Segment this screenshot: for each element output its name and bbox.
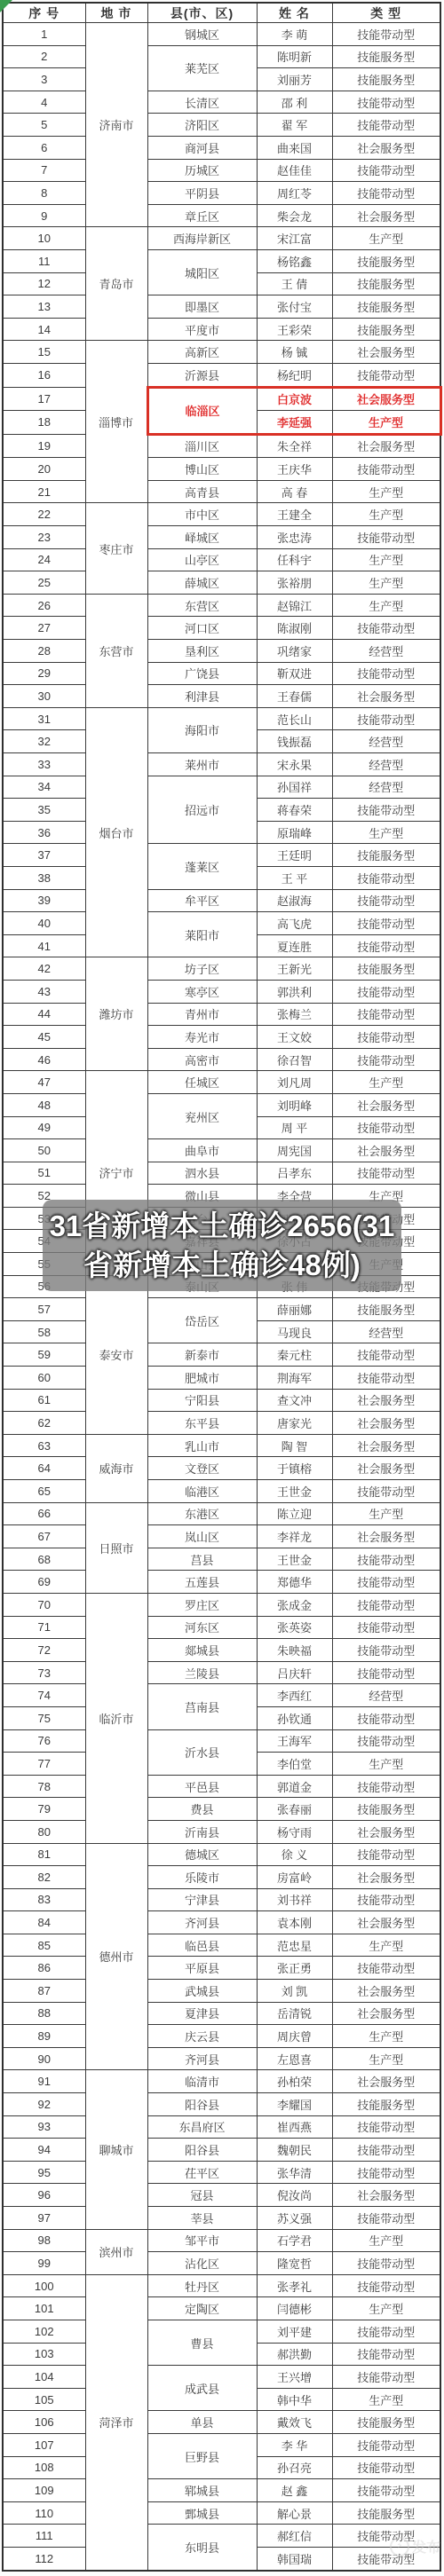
cell-index: 61 — [3, 1389, 85, 1412]
cell-city: 青岛市 — [85, 227, 147, 341]
cell-type: 技能带动型 — [332, 2161, 440, 2184]
cell-index: 11 — [3, 249, 85, 272]
cell-county: 峄城区 — [147, 526, 257, 549]
cell-type: 生产型 — [332, 1071, 440, 1094]
table-row: 90齐河县左恩喜生产型 — [3, 2047, 440, 2070]
cell-type: 生产型 — [332, 2047, 440, 2070]
cell-county: 单县 — [147, 2411, 257, 2434]
cell-county: 沂源县 — [147, 363, 257, 387]
table-row: 25薛城区张裕朋生产型 — [3, 571, 440, 595]
cell-name: 刘平建 — [257, 2320, 332, 2343]
table-row: 74莒南县李西红经营型 — [3, 1684, 440, 1707]
cell-type: 社会服务型 — [332, 1434, 440, 1457]
cell-type: 技能带动型 — [332, 1571, 440, 1594]
cell-type: 社会服务型 — [332, 2002, 440, 2025]
cell-index: 15 — [3, 341, 85, 364]
cell-index: 47 — [3, 1071, 85, 1094]
cell-county: 东港区 — [147, 1502, 257, 1525]
cell-name: 王文姣 — [257, 1026, 332, 1049]
cell-name: 吕孝东 — [257, 1162, 332, 1185]
cell-name: 张正勇 — [257, 1957, 332, 1980]
cell-type: 技能带动型 — [332, 363, 440, 387]
table-row: 63威海市乳山市陶 智社会服务型 — [3, 1434, 440, 1457]
corner-watermark: ⚡ 发布 — [390, 2536, 440, 2556]
cell-county: 罗庄区 — [147, 1593, 257, 1616]
table-row: 11城阳区杨铭鑫技能服务型 — [3, 249, 440, 272]
cell-county: 茌平区 — [147, 2161, 257, 2184]
cell-city: 临沂市 — [85, 1593, 147, 1843]
cell-county: 莒南县 — [147, 1684, 257, 1729]
cell-name: 夏连胜 — [257, 934, 332, 957]
cell-name: 范长山 — [257, 707, 332, 730]
cell-index: 44 — [3, 1003, 85, 1026]
cell-city: 潍坊市 — [85, 957, 147, 1071]
cell-county: 齐河县 — [147, 1911, 257, 1934]
cell-index: 112 — [3, 2547, 85, 2570]
table-row: 20博山区王庆华技能带动型 — [3, 458, 440, 481]
cell-index: 70 — [3, 1593, 85, 1616]
cell-name: 袁本刚 — [257, 1911, 332, 1934]
table-row: 91聊城市临清市孙柏荣社会服务型 — [3, 2070, 440, 2093]
cell-name: 李耀国 — [257, 2093, 332, 2116]
cell-name: 王廷明 — [257, 844, 332, 867]
cell-county: 莱芜区 — [147, 45, 257, 91]
table-row: 42潍坊市坊子区王新光技能服务型 — [3, 957, 440, 981]
cell-type: 技能带动型 — [332, 159, 440, 182]
cell-index: 32 — [3, 730, 85, 753]
cell-index: 4 — [3, 91, 85, 114]
cell-county: 蓬莱区 — [147, 844, 257, 889]
cell-index: 26 — [3, 594, 85, 617]
cell-county: 郓城县 — [147, 2479, 257, 2502]
table-row: 83宁津县刘书祥技能带动型 — [3, 1888, 440, 1911]
cell-type: 生产型 — [332, 548, 440, 571]
cell-name: 石学君 — [257, 2229, 332, 2252]
cell-name: 张付宝 — [257, 295, 332, 319]
cell-county: 郯城县 — [147, 1639, 257, 1662]
cell-name: 范忠星 — [257, 1934, 332, 1957]
cell-name: 戴效飞 — [257, 2411, 332, 2434]
cell-type: 社会服务型 — [332, 1525, 440, 1548]
cell-name: 于镇榕 — [257, 1457, 332, 1480]
cell-index: 75 — [3, 1706, 85, 1729]
cell-county: 河口区 — [147, 617, 257, 640]
cell-type: 技能带动型 — [332, 1548, 440, 1571]
cell-type: 技能带动型 — [332, 1367, 440, 1390]
cell-type: 社会服务型 — [332, 1980, 440, 2003]
col-header-city: 地 市 — [85, 3, 147, 23]
cell-type: 技能带动型 — [332, 2274, 440, 2297]
table-row: 73兰陵县吕庆轩技能带动型 — [3, 1661, 440, 1684]
cell-index: 18 — [3, 411, 85, 435]
cell-type: 技能带动型 — [332, 1480, 440, 1503]
cell-type: 技能带动型 — [332, 1343, 440, 1367]
cell-type: 技能服务型 — [332, 295, 440, 319]
page: 序 号 地 市 县(市、区) 姓 名 类 型 1济南市钢城区李 萌技能带动型2莱… — [0, 0, 444, 2576]
cell-type: 技能带动型 — [332, 2139, 440, 2162]
table-row: 94阳谷县魏朝民技能带动型 — [3, 2139, 440, 2162]
cell-city: 菏泽市 — [85, 2274, 147, 2570]
cell-name: 郑德华 — [257, 1571, 332, 1594]
cell-type: 技能带动型 — [332, 617, 440, 640]
cell-name: 李 华 — [257, 2433, 332, 2456]
cell-type: 技能带动型 — [332, 182, 440, 205]
cell-county: 海阳市 — [147, 707, 257, 752]
cell-index: 60 — [3, 1367, 85, 1390]
cell-type: 社会服务型 — [332, 1389, 440, 1412]
cell-type: 技能带动型 — [332, 799, 440, 822]
cell-index: 36 — [3, 821, 85, 844]
cell-type: 经营型 — [332, 776, 440, 799]
cell-index: 106 — [3, 2411, 85, 2434]
cell-name: 刘明峰 — [257, 1093, 332, 1116]
cell-index: 108 — [3, 2456, 85, 2479]
cell-county: 牡丹区 — [147, 2274, 257, 2297]
cell-county: 岱岳区 — [147, 1298, 257, 1343]
corner-watermark-text: 发布 — [412, 2536, 440, 2556]
cell-type: 社会服务型 — [332, 341, 440, 364]
cell-county: 新泰市 — [147, 1343, 257, 1367]
cell-index: 100 — [3, 2274, 85, 2297]
cell-city: 威海市 — [85, 1434, 147, 1502]
cell-county: 沂南县 — [147, 1820, 257, 1843]
cell-name: 刘 凯 — [257, 1980, 332, 2003]
cell-type: 生产型 — [332, 1934, 440, 1957]
cell-county: 阳谷县 — [147, 2139, 257, 2162]
table-row: 107巨野县李 华技能带动型 — [3, 2433, 440, 2456]
cell-name: 马现良 — [257, 1320, 332, 1343]
cell-county: 垦利区 — [147, 640, 257, 663]
cell-index: 45 — [3, 1026, 85, 1049]
cell-name: 邵 利 — [257, 91, 332, 114]
cell-name: 张华清 — [257, 2161, 332, 2184]
cell-name: 刘凡周 — [257, 1071, 332, 1094]
cell-name: 郝红信 — [257, 2525, 332, 2548]
table-row: 101定陶区闫德彬生产型 — [3, 2297, 440, 2320]
cell-index: 105 — [3, 2388, 85, 2411]
cell-name: 杨铭鑫 — [257, 249, 332, 272]
cell-type: 生产型 — [332, 594, 440, 617]
cell-name: 赵淑海 — [257, 889, 332, 912]
cell-index: 20 — [3, 458, 85, 481]
cell-index: 1 — [3, 23, 85, 46]
cell-county: 钢城区 — [147, 23, 257, 46]
cell-index: 89 — [3, 2025, 85, 2048]
table-row: 47济宁市任城区刘凡周生产型 — [3, 1071, 440, 1094]
table-row: 8平阴县周红苓技能带动型 — [3, 182, 440, 205]
cell-county: 高青县 — [147, 480, 257, 503]
cell-index: 95 — [3, 2161, 85, 2184]
cell-county: 章丘区 — [147, 204, 257, 227]
cell-type: 技能带动型 — [332, 91, 440, 114]
table-row: 21高青县高 春生产型 — [3, 480, 440, 503]
cell-index: 66 — [3, 1502, 85, 1525]
table-row: 59新泰市秦元柱技能带动型 — [3, 1343, 440, 1367]
cell-name: 蒋春荣 — [257, 799, 332, 822]
cell-name: 王世金 — [257, 1480, 332, 1503]
cell-index: 6 — [3, 136, 85, 159]
col-header-county: 县(市、区) — [147, 3, 257, 23]
cell-name: 李伯堂 — [257, 1753, 332, 1776]
cell-county: 城阳区 — [147, 249, 257, 295]
cell-index: 79 — [3, 1798, 85, 1821]
table-row: 82乐陵市房富岭社会服务型 — [3, 1866, 440, 1889]
cell-index: 87 — [3, 1980, 85, 2003]
cell-type: 生产型 — [332, 227, 440, 250]
table-row: 51泗水县吕孝东技能带动型 — [3, 1162, 440, 1185]
cell-type: 技能带动型 — [332, 114, 440, 137]
table-row: 45寿光市王文姣技能带动型 — [3, 1026, 440, 1049]
cell-name: 徐召智 — [257, 1048, 332, 1071]
cell-city: 东营市 — [85, 594, 147, 707]
cell-type: 技能带动型 — [332, 1957, 440, 1980]
cell-county: 岚山区 — [147, 1525, 257, 1548]
cell-county: 市中区 — [147, 503, 257, 526]
table-row: 10青岛市西海岸新区宋江富生产型 — [3, 227, 440, 250]
cell-type: 生产型 — [332, 2297, 440, 2320]
cell-index: 83 — [3, 1888, 85, 1911]
cell-index: 8 — [3, 182, 85, 205]
cell-county: 河东区 — [147, 1616, 257, 1639]
cell-city: 泰安市 — [85, 1275, 147, 1434]
cell-type: 技能带动型 — [332, 458, 440, 481]
cell-county: 莒县 — [147, 1548, 257, 1571]
cell-county: 东明县 — [147, 2525, 257, 2571]
table-row: 48兖州区刘明峰社会服务型 — [3, 1093, 440, 1116]
cell-type: 技能带动型 — [332, 866, 440, 889]
cell-county: 临清市 — [147, 2070, 257, 2093]
cell-type: 社会服务型 — [332, 387, 440, 411]
cell-name: 岳清锐 — [257, 2002, 332, 2025]
table-row: 16沂源县杨纪明技能带动型 — [3, 363, 440, 387]
table-row: 33莱州市宋永果经营型 — [3, 753, 440, 776]
cell-type: 社会服务型 — [332, 2070, 440, 2093]
cell-type: 技能带动型 — [332, 2366, 440, 2389]
cell-type: 经营型 — [332, 730, 440, 753]
cell-type: 生产型 — [332, 2025, 440, 2048]
cell-index: 72 — [3, 1639, 85, 1662]
cell-type: 社会服务型 — [332, 1457, 440, 1480]
table-row: 81德州市德城区徐 义技能带动型 — [3, 1843, 440, 1866]
cell-type: 社会服务型 — [332, 1139, 440, 1162]
cell-index: 33 — [3, 753, 85, 776]
cell-name: 唐家光 — [257, 1412, 332, 1435]
cell-name: 赵 鑫 — [257, 2479, 332, 2502]
cell-county: 夏津县 — [147, 2002, 257, 2025]
table-row: 26东营市东营区赵锦江生产型 — [3, 594, 440, 617]
cell-type: 技能带动型 — [332, 2207, 440, 2230]
cell-county: 莱州市 — [147, 753, 257, 776]
cell-county: 阳谷县 — [147, 2093, 257, 2116]
cell-type: 技能带动型 — [332, 889, 440, 912]
table-row: 89庆云县周庆曾生产型 — [3, 2025, 440, 2048]
cell-index: 64 — [3, 1457, 85, 1480]
cell-type: 生产型 — [332, 503, 440, 526]
cell-index: 74 — [3, 1684, 85, 1707]
cell-index: 98 — [3, 2229, 85, 2252]
table-row: 87武城县刘 凯社会服务型 — [3, 1980, 440, 2003]
cell-name: 郭道金 — [257, 1775, 332, 1798]
table-row: 96冠县倪汝尚社会服务型 — [3, 2184, 440, 2207]
cell-name: 王新光 — [257, 957, 332, 981]
cell-index: 86 — [3, 1957, 85, 1980]
cell-name: 杨 铖 — [257, 341, 332, 364]
cell-city: 烟台市 — [85, 707, 147, 957]
table-row: 6商河县曲来国社会服务型 — [3, 136, 440, 159]
cell-name: 原瑞峰 — [257, 821, 332, 844]
table-row: 34招远市孙国祥经营型 — [3, 776, 440, 799]
cell-name: 吕庆轩 — [257, 1661, 332, 1684]
cell-county: 费县 — [147, 1798, 257, 1821]
cell-type: 技能带动型 — [332, 2479, 440, 2502]
cell-county: 西海岸新区 — [147, 227, 257, 250]
cell-name: 巩绪家 — [257, 640, 332, 663]
table-row: 1济南市钢城区李 萌技能带动型 — [3, 23, 440, 46]
cell-county: 临淄区 — [147, 387, 257, 434]
cell-name: 查文冲 — [257, 1389, 332, 1412]
table-row: 110鄄城县解心景技能服务型 — [3, 2501, 440, 2525]
cell-city: 枣庄市 — [85, 503, 147, 594]
cell-index: 97 — [3, 2207, 85, 2230]
cell-county: 山亭区 — [147, 548, 257, 571]
cell-type: 技能带动型 — [332, 2252, 440, 2275]
cell-type: 生产型 — [332, 1753, 440, 1776]
table-row: 88夏津县岳清锐社会服务型 — [3, 2002, 440, 2025]
cell-index: 57 — [3, 1298, 85, 1321]
cell-name: 宋永果 — [257, 753, 332, 776]
cell-county: 兰陵县 — [147, 1661, 257, 1684]
cell-index: 21 — [3, 480, 85, 503]
table-row: 5济阳区翟 军技能带动型 — [3, 114, 440, 137]
cell-name: 周 平 — [257, 1116, 332, 1139]
cell-type: 生产型 — [332, 411, 440, 435]
cell-type: 社会服务型 — [332, 204, 440, 227]
cell-name: 隆宽哲 — [257, 2252, 332, 2275]
table-row: 64文登区于镇榕社会服务型 — [3, 1457, 440, 1480]
table-row: 66日照市东港区陈立迎生产型 — [3, 1502, 440, 1525]
cell-name: 朱全祥 — [257, 434, 332, 458]
cell-county: 东昌府区 — [147, 2115, 257, 2139]
table-row: 100菏泽市牡丹区张孝礼技能带动型 — [3, 2274, 440, 2297]
cell-index: 35 — [3, 799, 85, 822]
cell-county: 平度市 — [147, 318, 257, 341]
cell-index: 3 — [3, 68, 85, 91]
table-row: 24山亭区任科宇生产型 — [3, 548, 440, 571]
cell-type: 社会服务型 — [332, 685, 440, 708]
cell-county: 牟平区 — [147, 889, 257, 912]
table-row: 22枣庄市市中区王建全生产型 — [3, 503, 440, 526]
cell-county: 东平县 — [147, 1412, 257, 1435]
cell-name: 秦元柱 — [257, 1343, 332, 1367]
cell-type: 生产型 — [332, 2229, 440, 2252]
cell-name: 韩国瑞 — [257, 2547, 332, 2570]
cell-index: 14 — [3, 318, 85, 341]
cell-name: 靳双进 — [257, 662, 332, 685]
table-row: 62东平县唐家光社会服务型 — [3, 1412, 440, 1435]
cell-name: 闫德彬 — [257, 2297, 332, 2320]
cell-name: 张春丽 — [257, 1798, 332, 1821]
cell-type: 技能带动型 — [332, 1729, 440, 1753]
cell-name: 薛丽娜 — [257, 1298, 332, 1321]
cell-county: 武城县 — [147, 1980, 257, 2003]
cell-type: 生产型 — [332, 480, 440, 503]
table-row: 40莱阳市高飞虎技能带动型 — [3, 912, 440, 935]
cell-index: 94 — [3, 2139, 85, 2162]
cell-type: 技能带动型 — [332, 1162, 440, 1185]
cell-index: 62 — [3, 1412, 85, 1435]
cell-county: 沾化区 — [147, 2252, 257, 2275]
cell-index: 102 — [3, 2320, 85, 2343]
cell-type: 技能服务型 — [332, 2411, 440, 2434]
cell-name: 王兴增 — [257, 2366, 332, 2389]
cell-type: 技能带动型 — [332, 23, 440, 46]
col-header-type: 类 型 — [332, 3, 440, 23]
cell-county: 坊子区 — [147, 957, 257, 981]
cell-name: 赵佳佳 — [257, 159, 332, 182]
cell-county: 齐河县 — [147, 2047, 257, 2070]
cell-index: 110 — [3, 2501, 85, 2525]
cell-index: 34 — [3, 776, 85, 799]
cell-index: 109 — [3, 2479, 85, 2502]
cell-type: 技能带动型 — [332, 1775, 440, 1798]
cell-type: 经营型 — [332, 753, 440, 776]
cell-type: 技能带动型 — [332, 1048, 440, 1071]
center-watermark: 31省新增本土确诊2656(31省新增本土确诊48例) — [43, 1200, 401, 1291]
cell-name: 陶 智 — [257, 1434, 332, 1457]
cell-type: 社会服务型 — [332, 136, 440, 159]
cell-type: 技能带动型 — [332, 1116, 440, 1139]
cell-name: 崔西燕 — [257, 2115, 332, 2139]
cell-county: 文登区 — [147, 1457, 257, 1480]
cell-type: 技能带动型 — [332, 2456, 440, 2479]
table-row: 70临沂市罗庄区张成金技能带动型 — [3, 1593, 440, 1616]
cell-county: 高密市 — [147, 1048, 257, 1071]
cell-name: 王春儒 — [257, 685, 332, 708]
cell-name: 高 春 — [257, 480, 332, 503]
cell-county: 临邑县 — [147, 1934, 257, 1957]
table-row: 9章丘区柴会龙社会服务型 — [3, 204, 440, 227]
cell-index: 41 — [3, 934, 85, 957]
table-body: 1济南市钢城区李 萌技能带动型2莱芜区陈明新技能服务型3刘丽芳技能服务型4长清区… — [3, 23, 440, 2571]
cell-name: 荆海军 — [257, 1367, 332, 1390]
cell-type: 技能带动型 — [332, 662, 440, 685]
cell-index: 103 — [3, 2343, 85, 2366]
cell-name: 王庆华 — [257, 458, 332, 481]
table-row: 37蓬莱区王廷明技能服务型 — [3, 844, 440, 867]
cell-type: 技能服务型 — [332, 45, 440, 68]
cell-type: 技能服务型 — [332, 1798, 440, 1821]
cell-county: 宁阳县 — [147, 1389, 257, 1412]
cell-index: 7 — [3, 159, 85, 182]
cell-type: 技能带动型 — [332, 934, 440, 957]
cell-index: 49 — [3, 1116, 85, 1139]
col-header-name: 姓 名 — [257, 3, 332, 23]
cell-type: 经营型 — [332, 1684, 440, 1707]
table-row: 61宁阳县查文冲社会服务型 — [3, 1389, 440, 1412]
cell-name: 苏义强 — [257, 2207, 332, 2230]
cell-name: 孙国祥 — [257, 776, 332, 799]
cell-index: 77 — [3, 1753, 85, 1776]
cell-name: 张成金 — [257, 1593, 332, 1616]
cell-type: 技能带动型 — [332, 2343, 440, 2366]
cell-name: 解心景 — [257, 2501, 332, 2525]
cell-type: 技能服务型 — [332, 249, 440, 272]
cell-index: 23 — [3, 526, 85, 549]
cell-index: 104 — [3, 2366, 85, 2389]
cell-county: 冠县 — [147, 2184, 257, 2207]
cell-index: 96 — [3, 2184, 85, 2207]
cell-county: 邹平市 — [147, 2229, 257, 2252]
